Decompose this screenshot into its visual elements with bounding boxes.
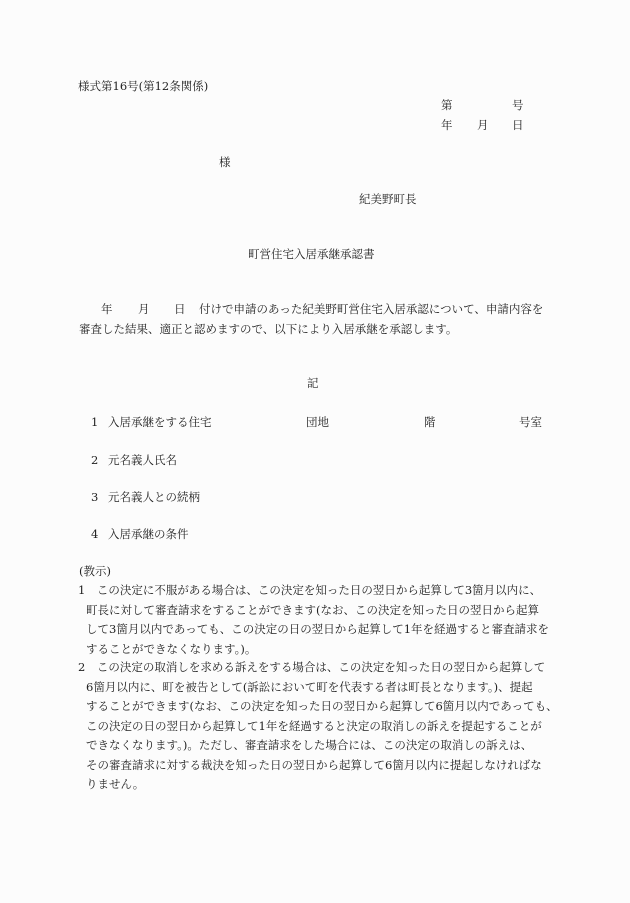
item-1-room: 号室 [519, 417, 542, 429]
notice-2-line-1: 2 この決定の取消しを求める訴えをする場合は、この決定を知った日の翌日から起算し… [78, 658, 558, 678]
document-title: 町営住宅入居承継承認書 [248, 249, 375, 261]
date-day: 日 [512, 120, 524, 132]
issuer-name: 紀美野町長 [359, 194, 417, 206]
item-4-label: 入居承継の条件 [108, 529, 189, 541]
addressee-honorific: 様 [219, 157, 231, 169]
notice-2-line-2: 6箇月以内に、町を被告として(訴訟において町を代表する者は町長となります。)、提… [78, 678, 558, 698]
body-date-month: 月 [138, 304, 150, 316]
form-label: 様式第16号(第12条関係) [78, 81, 208, 93]
item-3-label: 元名義人との続柄 [108, 492, 200, 504]
item-1-floor: 階 [424, 417, 436, 429]
item-1-number: 1 [91, 417, 98, 429]
item-1-label: 入居承継をする住宅 [108, 417, 212, 429]
notice-2-line-3: することができます(なお、この決定を知った日の翌日から起算して6箇月以内であって… [78, 697, 558, 717]
notice-1-line-2: 町長に対して審査請求をすることができます(なお、この決定を知った日の翌日から起算 [78, 601, 558, 621]
body-line-2: 審査した結果、適正と認めますので、以下により入居承継を承認します。 [79, 324, 457, 336]
notice-2-line-4: この決定の日の翌日から起算して1年を経過すると決定の取消しの訴えを提起することが [78, 717, 558, 737]
notice-2-line-7: りません。 [78, 775, 558, 795]
record-heading: 記 [307, 378, 319, 390]
number-prefix: 第 [441, 100, 453, 112]
body-line-1: 付けで申請のあった紀美野町営住宅入居承認について、申請内容を [199, 304, 543, 316]
date-year: 年 [441, 120, 453, 132]
notice-1-line-4: することができなくなります。)。 [78, 640, 558, 660]
notice-item-2: 2 この決定の取消しを求める訴えをする場合は、この決定を知った日の翌日から起算し… [78, 658, 558, 795]
notice-2-line-5: できなくなります。)。ただし、審査請求をした場合には、この決定の取消しの訴えは、 [78, 736, 558, 756]
item-2-label: 元名義人氏名 [108, 455, 177, 467]
item-1-estate: 団地 [306, 417, 329, 429]
notice-item-1: 1 この決定に不服がある場合は、この決定を知った日の翌日から起算して3箇月以内に… [78, 581, 558, 659]
notice-1-line-3: して3箇月以内であっても、この決定の日の翌日から起算して1年を経過すると審査請求… [78, 620, 558, 640]
notice-heading: (教示) [79, 566, 111, 578]
item-2-number: 2 [91, 455, 98, 467]
body-date-year: 年 [101, 304, 113, 316]
number-suffix: 号 [512, 100, 524, 112]
notice-1-line-1: 1 この決定に不服がある場合は、この決定を知った日の翌日から起算して3箇月以内に… [78, 581, 558, 601]
body-date-day: 日 [174, 304, 186, 316]
item-3-number: 3 [91, 492, 98, 504]
date-month: 月 [477, 120, 489, 132]
item-4-number: 4 [91, 529, 98, 541]
notice-2-line-6: その審査請求に対する裁決を知った日の翌日から起算して6箇月以内に提起しなければな [78, 756, 558, 776]
